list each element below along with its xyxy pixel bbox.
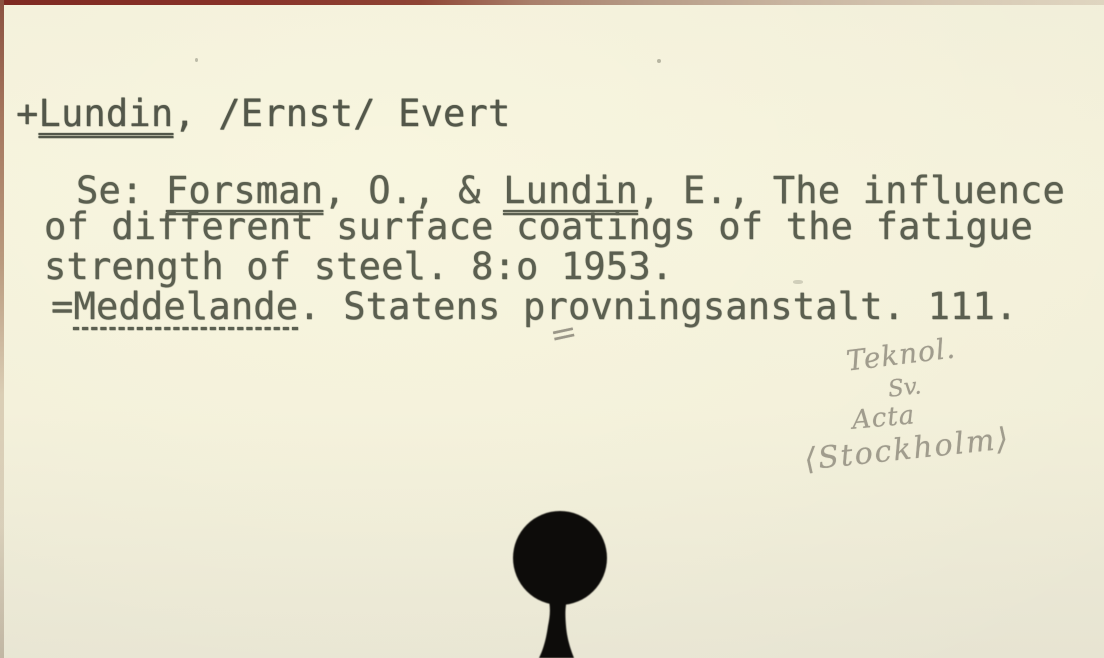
reference-line-2: of different surface coatings of the fat… [44, 207, 1033, 247]
card-left-edge-line [0, 0, 4, 658]
scan-speck [793, 280, 803, 284]
pencil-note-sv: Sv. [887, 373, 923, 402]
catalog-card: +Lundin, /Ernst/ Evert Se: Forsman, O., … [0, 0, 1104, 658]
series-tail: . Statens provningsanstalt. 111. [298, 285, 1017, 328]
heading-forenames: , /Ernst/ Evert [173, 92, 510, 135]
rod-hole-punch [488, 508, 638, 658]
card-top-edge-line [0, 0, 1104, 5]
series-title: Meddelande [73, 285, 298, 328]
heading-surname: Lundin [38, 92, 173, 135]
series-line: =Meddelande. Statens provningsanstalt. 1… [51, 287, 1017, 327]
scan-speck [657, 59, 661, 63]
reference-line-3: strength of steel. 8:o 1953. [44, 247, 673, 287]
series-equals-sign: = [51, 285, 73, 328]
scanned-catalog-card-image: +Lundin, /Ernst/ Evert Se: Forsman, O., … [0, 0, 1104, 658]
heading-plus-sign: + [16, 92, 38, 135]
pencil-note-acta: Acta [851, 400, 917, 435]
card-heading: +Lundin, /Ernst/ Evert [16, 94, 510, 134]
pencil-note-teknol: Teknol. [844, 331, 957, 377]
scan-speck [195, 58, 198, 62]
